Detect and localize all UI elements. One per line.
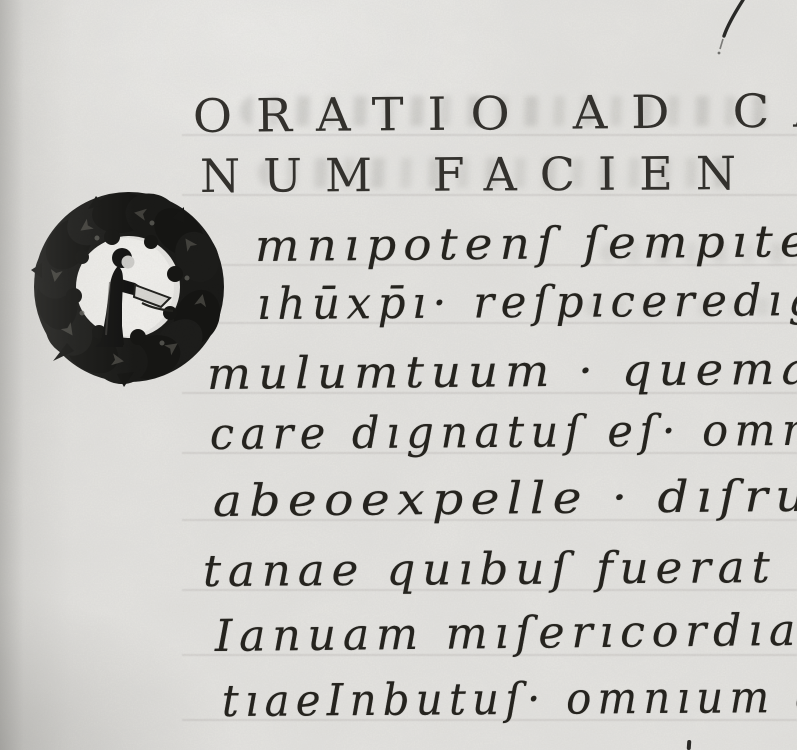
- pen-stroke-mark: [690, 0, 760, 60]
- text-line-3: mulumtuum · quemadru: [207, 343, 797, 400]
- text-line-8: tıaeInbutuſ· omnıum cup: [222, 671, 797, 727]
- text-line-5: abeoexpelle · dıſrumpe: [213, 470, 797, 527]
- heading-line-1: ORATIO AD CA: [193, 83, 797, 143]
- partial-letter-bottom-edge: [687, 740, 692, 750]
- text-line-1: mnıpotenſ ſempıtern: [255, 216, 797, 272]
- initial-o-medallion: [22, 186, 234, 388]
- text-line-7: Ianuam mıſerıcordıaetu: [215, 604, 797, 662]
- heading-line-2: NUM FACIEN: [200, 146, 759, 203]
- text-line-4: care dıgnatuſ eſ· omnem a: [210, 404, 797, 460]
- text-line-6: tanae quıbuſ fuerat con: [203, 541, 797, 597]
- text-line-2: ıhūxp̄ı· reſpıceredıgna: [257, 275, 797, 330]
- manuscript-page-photo: ORATIO AD CA NUM FACIEN: [0, 0, 797, 750]
